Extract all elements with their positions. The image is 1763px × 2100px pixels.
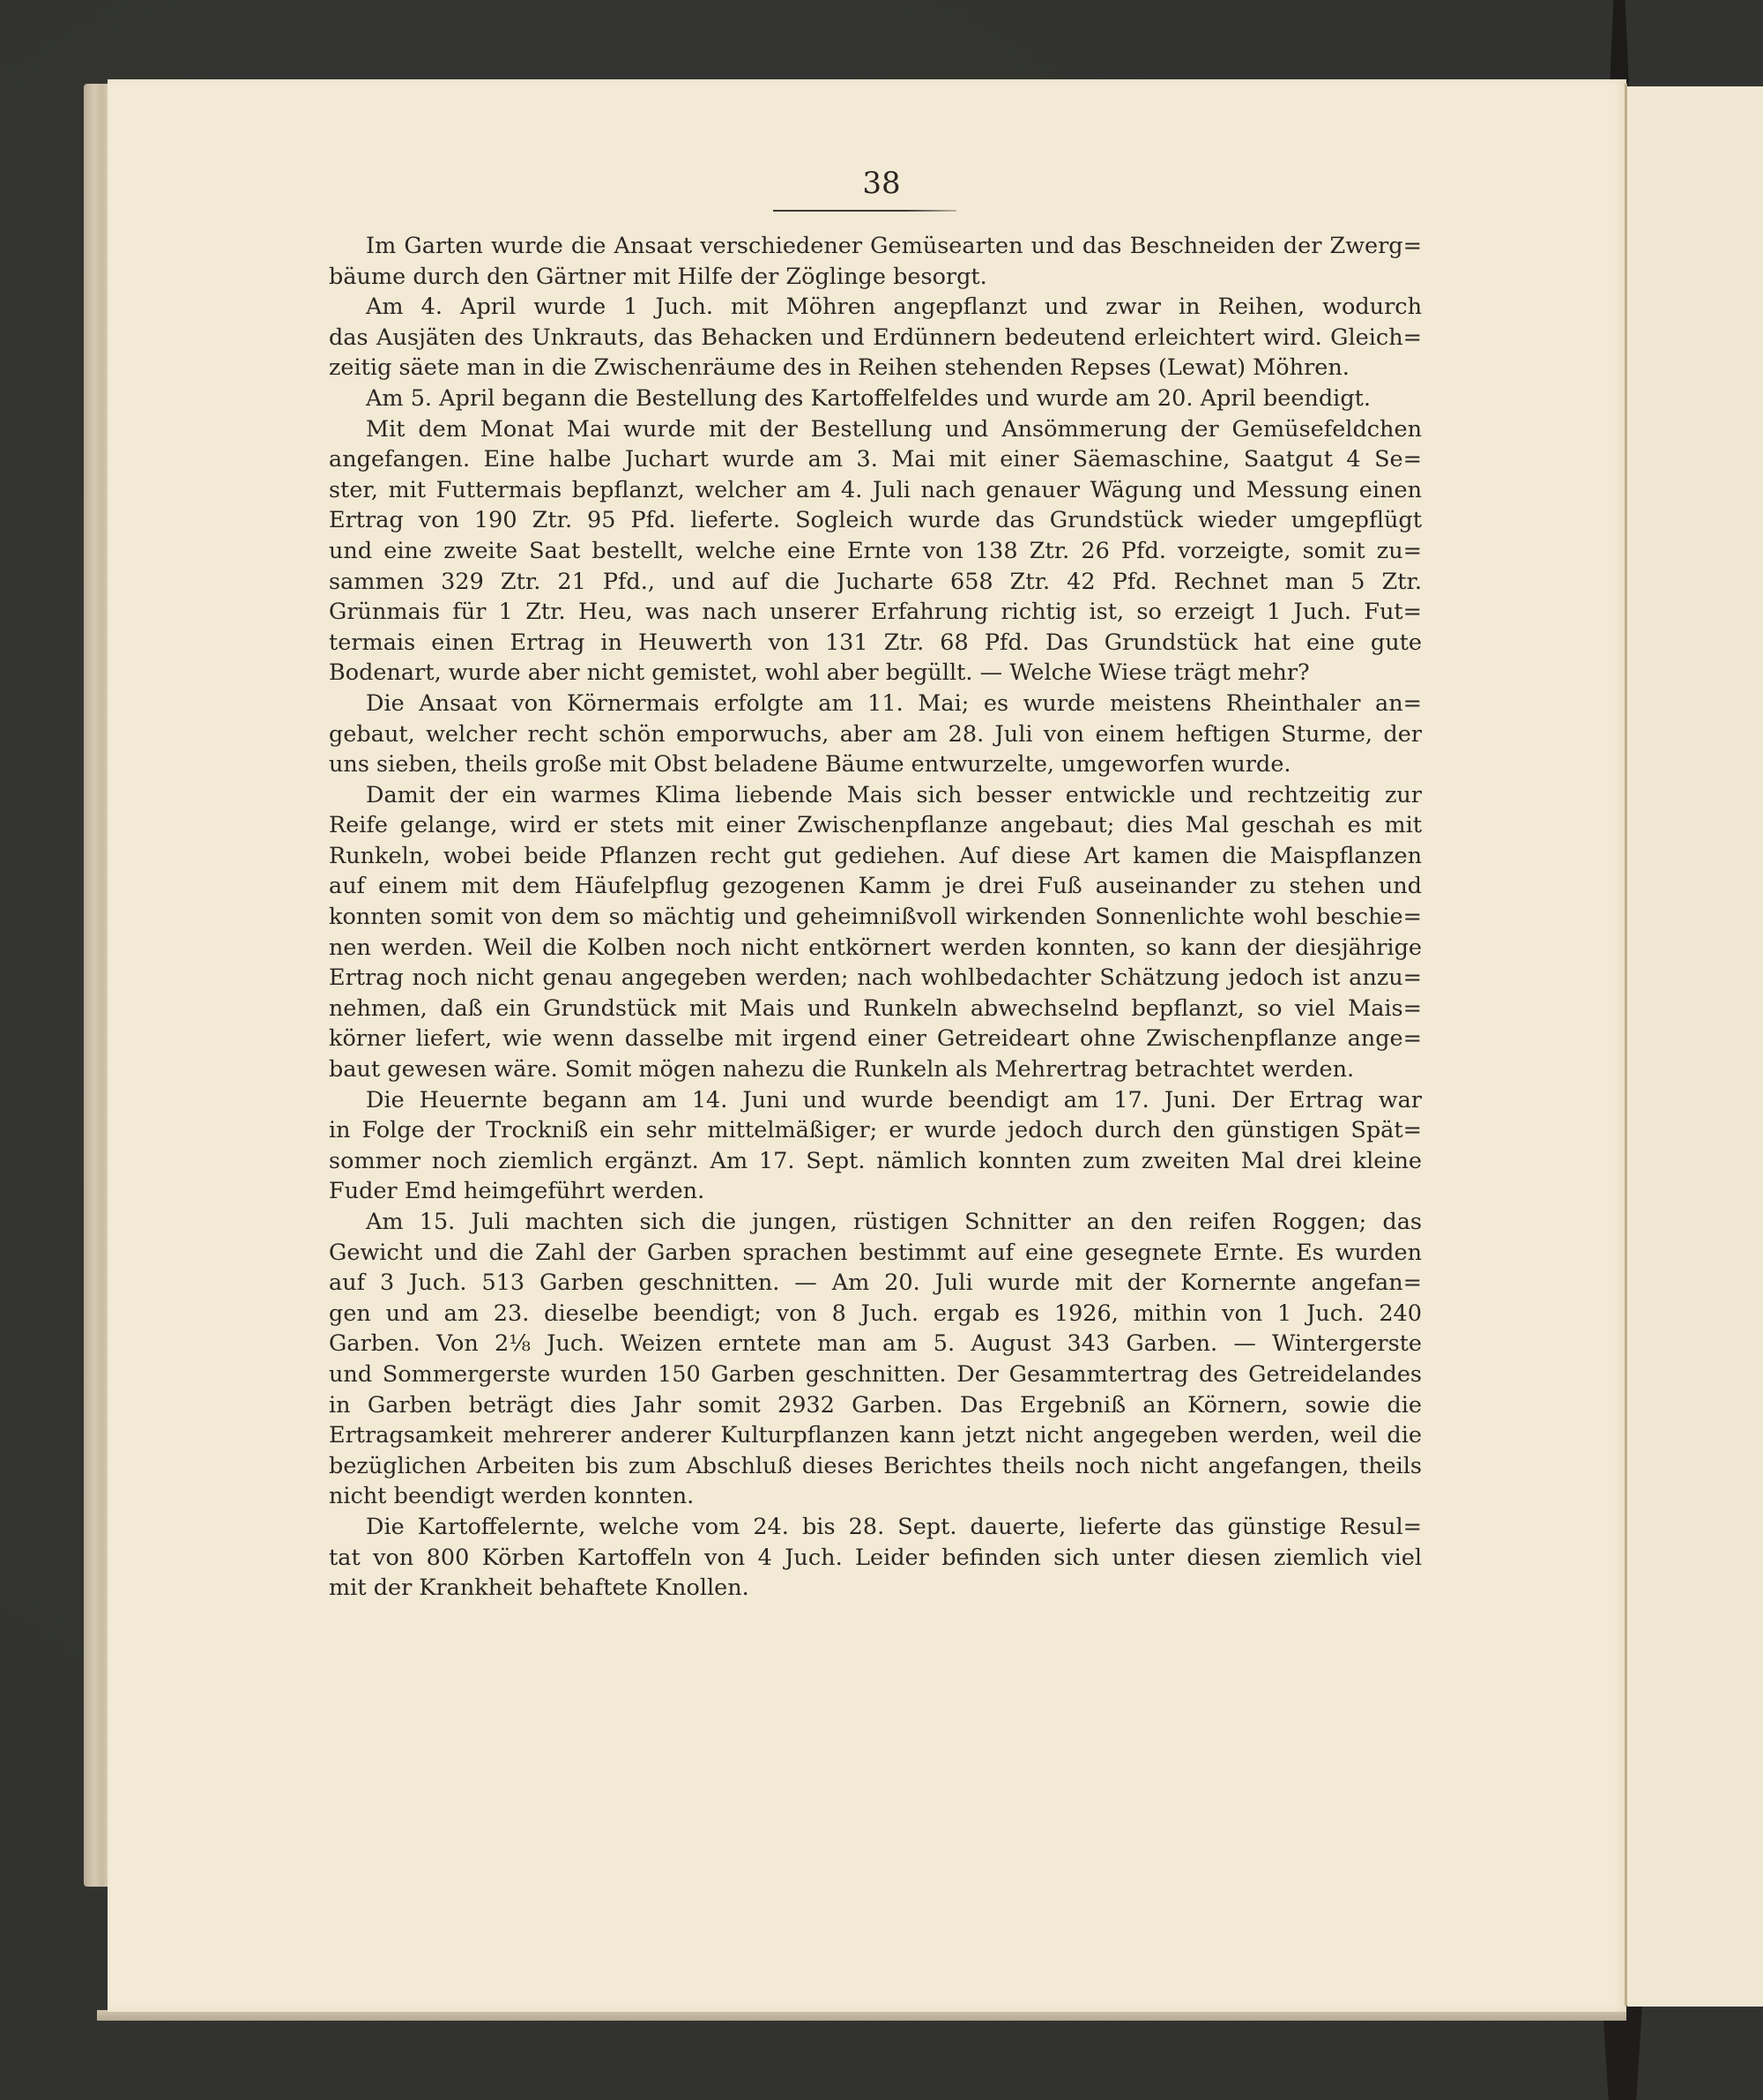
paragraph: Mit dem Monat Mai wurde mit der Bestellu… <box>329 414 1422 689</box>
text-line: bäume durch den Gärtner mit Hilfe der Zö… <box>329 262 1422 293</box>
text-line: Grünmais für 1 Ztr. Heu, was nach unsere… <box>329 597 1422 628</box>
text-line: auf einem mit dem Häufelpflug gezogenen … <box>329 871 1422 902</box>
text-line: ster, mit Futtermais bepflanzt, welcher … <box>329 475 1422 506</box>
text-line: nicht beendigt werden konnten. <box>329 1481 1422 1512</box>
text-line: in Garben beträgt dies Jahr somit 2932 G… <box>329 1390 1422 1421</box>
page-number-rule <box>773 210 956 212</box>
text-line: gen und am 23. dieselbe beendigt; von 8 … <box>329 1299 1422 1329</box>
text-line: Am 5. April begann die Bestellung des Ka… <box>329 384 1422 414</box>
gutter-fold <box>1625 84 1627 2006</box>
text-line: auf 3 Juch. 513 Garben geschnitten. — Am… <box>329 1268 1422 1299</box>
text-line: Runkeln, wobei beide Pflanzen recht gut … <box>329 841 1422 872</box>
text-line: Bodenart, wurde aber nicht gemistet, woh… <box>329 658 1422 689</box>
text-line: Mit dem Monat Mai wurde mit der Bestellu… <box>329 414 1422 445</box>
text-line: Garben. Von 2⅛ Juch. Weizen erntete man … <box>329 1329 1422 1359</box>
facing-page <box>1627 86 1763 2007</box>
paragraph: Im Garten wurde die Ansaat verschiedener… <box>329 231 1422 292</box>
paragraph: Am 5. April begann die Bestellung des Ka… <box>329 384 1422 414</box>
text-line: baut gewesen wäre. Somit mögen nahezu di… <box>329 1054 1422 1085</box>
text-line: tat von 800 Körben Kartoffeln von 4 Juch… <box>329 1543 1422 1574</box>
text-line: Fuder Emd heimgeführt werden. <box>329 1176 1422 1207</box>
text-line: sammen 329 Ztr. 21 Pfd., und auf die Juc… <box>329 567 1422 598</box>
text-line: Gewicht und die Zahl der Garben sprachen… <box>329 1238 1422 1269</box>
text-line: nehmen, daß ein Grundstück mit Mais und … <box>329 994 1422 1024</box>
text-line: körner liefert, wie wenn dasselbe mit ir… <box>329 1024 1422 1054</box>
page-edge-stack <box>84 84 110 1887</box>
text-line: gebaut, welcher recht schön emporwuchs, … <box>329 719 1422 750</box>
text-line: konnten somit von dem so mächtig und geh… <box>329 902 1422 933</box>
text-line: bezüglichen Arbeiten bis zum Abschluß di… <box>329 1451 1422 1482</box>
text-line: mit der Krankheit behaftete Knollen. <box>329 1573 1422 1604</box>
text-line: Am 4. April wurde 1 Juch. mit Möhren ang… <box>329 292 1422 323</box>
paragraph: Die Kartoffelernte, welche vom 24. bis 2… <box>329 1512 1422 1604</box>
page-number: 38 <box>0 166 1763 201</box>
text-line: nen werden. Weil die Kolben noch nicht e… <box>329 933 1422 964</box>
text-line: Die Heuernte begann am 14. Juni und wurd… <box>329 1085 1422 1116</box>
text-line: Ertragsamkeit mehrerer anderer Kulturpfl… <box>329 1420 1422 1451</box>
text-line: Damit der ein warmes Klima liebende Mais… <box>329 780 1422 811</box>
text-line: und Sommergerste wurden 150 Garben gesch… <box>329 1359 1422 1390</box>
text-line: Ertrag von 190 Ztr. 95 Pfd. lieferte. So… <box>329 505 1422 536</box>
text-line: angefangen. Eine halbe Juchart wurde am … <box>329 444 1422 475</box>
paragraph: Damit der ein warmes Klima liebende Mais… <box>329 780 1422 1085</box>
text-line: zeitig säete man in die Zwischenräume de… <box>329 353 1422 384</box>
text-line: Im Garten wurde die Ansaat verschiedener… <box>329 231 1422 262</box>
text-line: in Folge der Trockniß ein sehr mittelmäß… <box>329 1115 1422 1146</box>
text-line: uns sieben, theils große mit Obst belade… <box>329 749 1422 780</box>
text-line: Ertrag noch nicht genau angegeben werden… <box>329 963 1422 994</box>
paragraph: Die Ansaat von Körnermais erfolgte am 11… <box>329 689 1422 780</box>
text-line: und eine zweite Saat bestellt, welche ei… <box>329 536 1422 567</box>
paragraph: Am 4. April wurde 1 Juch. mit Möhren ang… <box>329 292 1422 384</box>
text-line: Am 15. Juli machten sich die jungen, rüs… <box>329 1207 1422 1238</box>
text-line: sommer noch ziemlich ergänzt. Am 17. Sep… <box>329 1146 1422 1177</box>
body-text: Im Garten wurde die Ansaat verschiedener… <box>329 231 1422 1604</box>
text-line: das Ausjäten des Unkrauts, das Behacken … <box>329 323 1422 354</box>
paragraph: Die Heuernte begann am 14. Juni und wurd… <box>329 1085 1422 1207</box>
text-line: Die Kartoffelernte, welche vom 24. bis 2… <box>329 1512 1422 1543</box>
text-line: Die Ansaat von Körnermais erfolgte am 11… <box>329 689 1422 719</box>
text-line: Reife gelange, wird er stets mit einer Z… <box>329 810 1422 841</box>
text-line: termais einen Ertrag in Heuwerth von 131… <box>329 628 1422 659</box>
paragraph: Am 15. Juli machten sich die jungen, rüs… <box>329 1207 1422 1512</box>
